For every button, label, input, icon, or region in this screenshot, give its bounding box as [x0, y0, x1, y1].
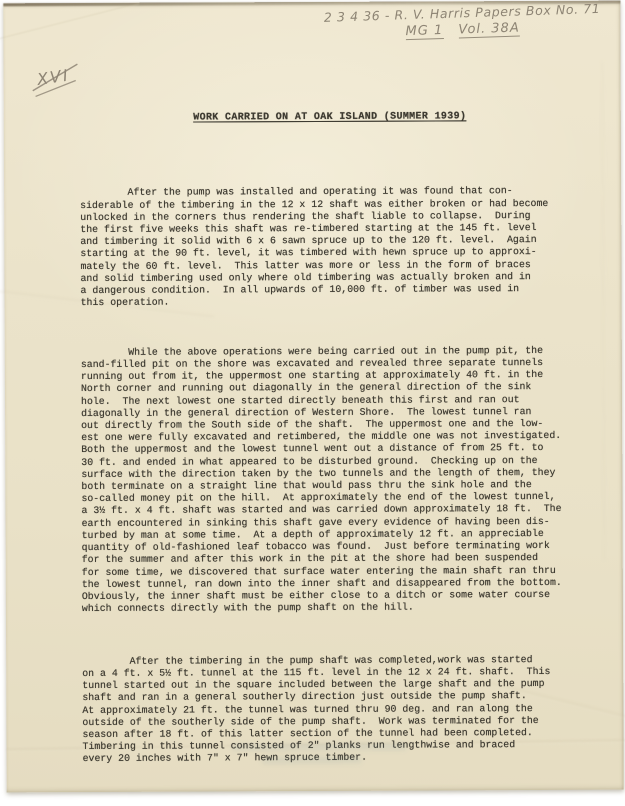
- handwritten-mg-ref: MG 1: [405, 23, 443, 40]
- scan-background: { "annotations": { "top_right_line1": "2…: [0, 0, 625, 806]
- paragraph-2: While the above operations were being ca…: [81, 345, 582, 616]
- handwritten-archive-annotation: 2 3 4 36 - R. V. Harris Papers Box No. 7…: [312, 1, 613, 43]
- paragraph-1: After the pump was installed and operati…: [80, 185, 581, 309]
- document-body: After the pump was installed and operati…: [80, 161, 583, 790]
- handwritten-page-mark: XVI: [27, 57, 88, 105]
- document-page: 2 3 4 36 - R. V. Harris Papers Box No. 7…: [3, 1, 623, 793]
- bleed-through-mark: [262, 756, 362, 764]
- bleed-through-mark: [232, 743, 407, 752]
- document-title: WORK CARRIED ON AT OAK ISLAND (SUMMER 19…: [80, 111, 580, 124]
- paper-crease: [0, 3, 139, 42]
- strike-mark-icon: [27, 57, 88, 105]
- paper-crease: [602, 61, 607, 561]
- handwritten-vol-ref: Vol. 38A: [458, 21, 520, 39]
